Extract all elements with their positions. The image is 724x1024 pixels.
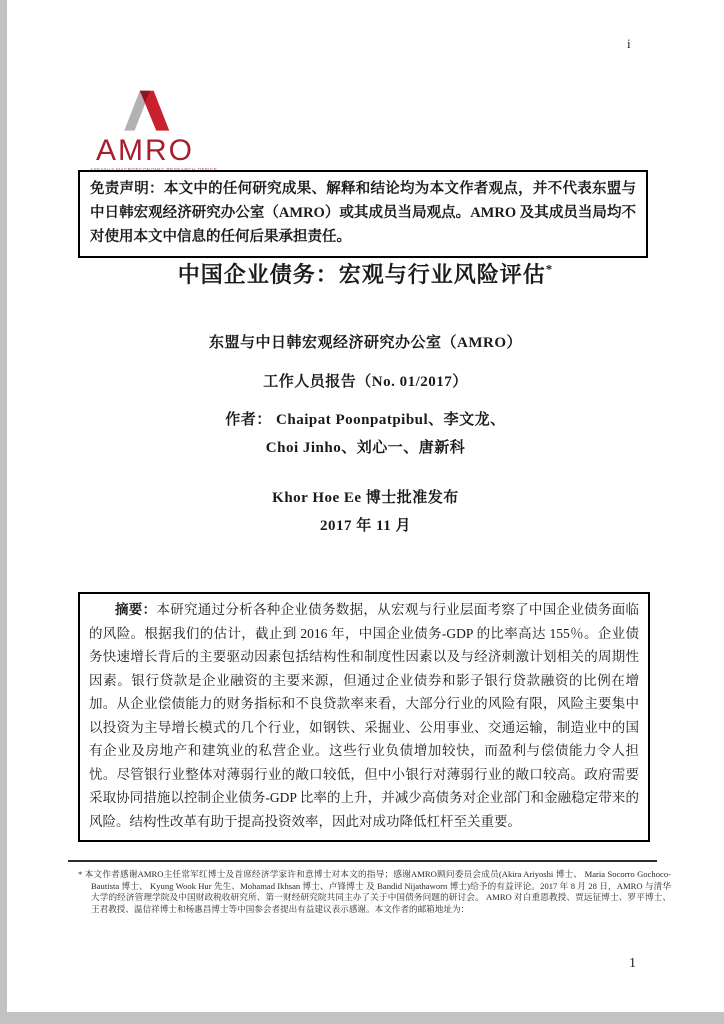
page-number-top: i — [627, 36, 631, 52]
abstract-label: 摘要： — [115, 602, 156, 617]
authors-line-1: 作者： Chaipat Poonpatpibul、李文龙、 — [7, 408, 724, 429]
footnote-marker: * — [78, 869, 82, 879]
abstract-paragraph: 摘要：本研究通过分析各种企业债务数据，从宏观与行业层面考察了中国企业债务面临的风… — [89, 598, 639, 833]
document-page: i AMRO ASEAN+3 MACROECONOMIC RESEARCH OF… — [7, 0, 724, 1012]
page-number-bottom: 1 — [629, 956, 636, 972]
report-series-line: 工作人员报告（No. 01/2017） — [7, 370, 724, 391]
abstract-body: 本研究通过分析各种企业债务数据，从宏观与行业层面考察了中国企业债务面临的风险。根… — [89, 602, 639, 829]
footnote-text: 本文作者感谢AMRO主任常军红博士及首席经济学家许和意博士对本文的指导；感谢AM… — [85, 869, 671, 914]
approval-line: Khor Hoe Ee 博士批准发布 — [7, 486, 724, 507]
disclaimer-text: 免责声明：本文中的任何研究成果、解释和结论均为本文作者观点，并不代表东盟与中日韩… — [90, 181, 636, 245]
amro-wordmark: AMRO — [90, 137, 200, 165]
title-footnote-marker: * — [546, 262, 554, 277]
disclaimer-box: 免责声明：本文中的任何研究成果、解释和结论均为本文作者观点，并不代表东盟与中日韩… — [78, 170, 648, 258]
amro-logo: AMRO ASEAN+3 MACROECONOMIC RESEARCH OFFI… — [90, 86, 200, 173]
paper-title-text: 中国企业债务：宏观与行业风险评估 — [178, 262, 546, 287]
amro-logo-icon — [119, 86, 171, 132]
paper-title: 中国企业债务：宏观与行业风险评估* — [7, 258, 724, 289]
footnote-separator — [68, 860, 657, 862]
footnote: * 本文作者感谢AMRO主任常军红博士及首席经济学家许和意博士对本文的指导；感谢… — [78, 869, 671, 915]
publication-date-line: 2017 年 11 月 — [7, 514, 724, 535]
authors-line-2: Choi Jinho、刘心一、唐新科 — [7, 436, 724, 457]
abstract-box: 摘要：本研究通过分析各种企业债务数据，从宏观与行业层面考察了中国企业债务面临的风… — [78, 592, 650, 842]
organization-line: 东盟与中日韩宏观经济研究办公室（AMRO） — [7, 331, 724, 352]
